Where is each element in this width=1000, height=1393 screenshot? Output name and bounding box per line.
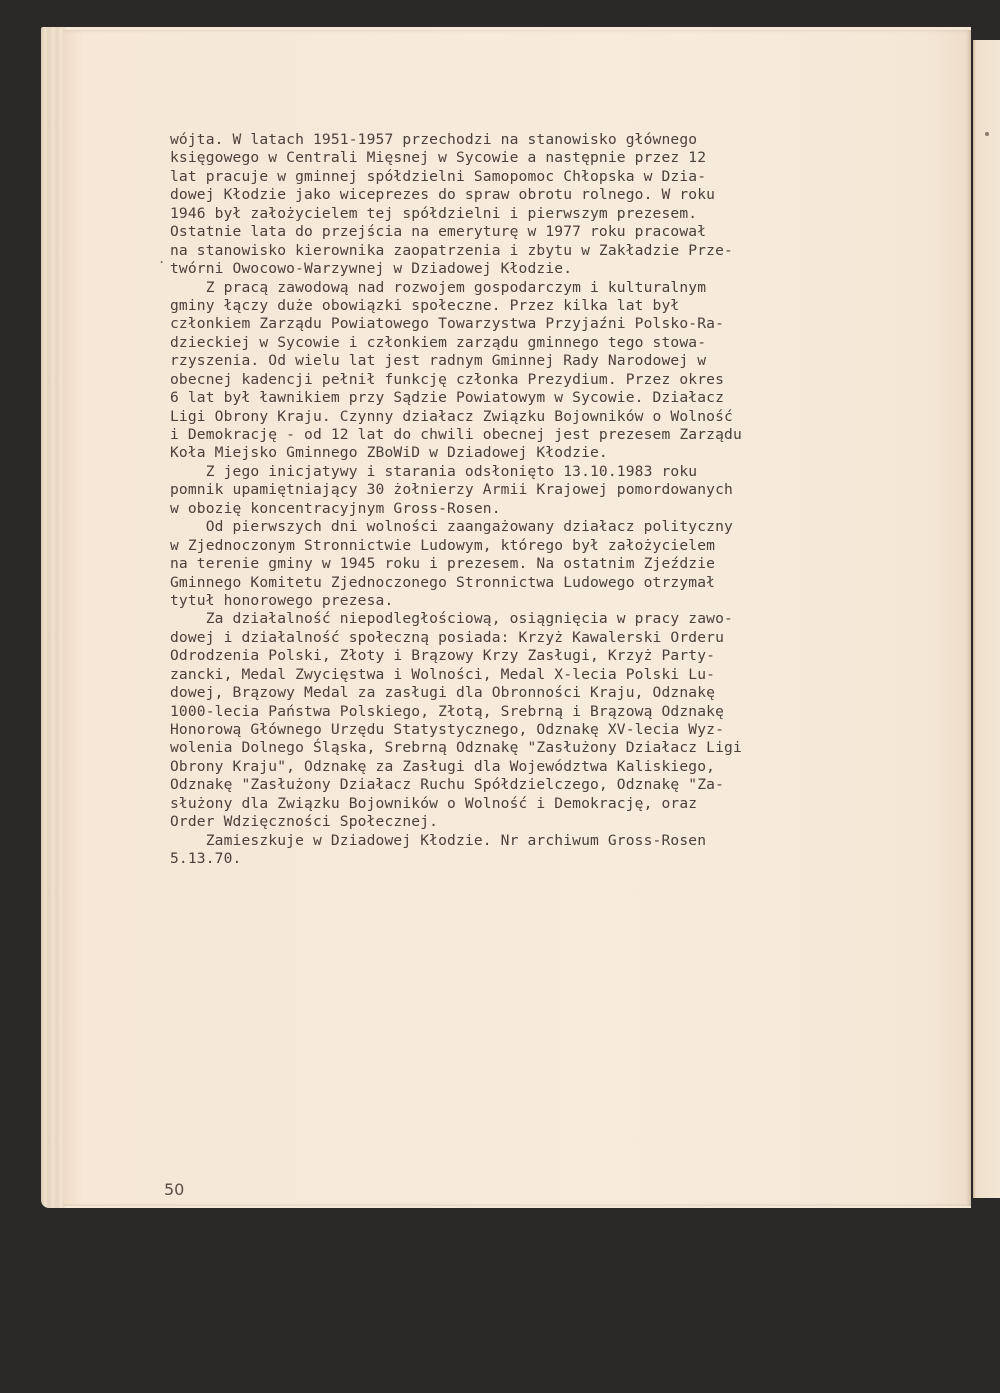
text-line: Obrony Kraju", Odznakę za Zasługi dla Wo…: [170, 758, 930, 776]
text-line: Ostatnie lata do przejścia na emeryturę …: [170, 223, 930, 241]
text-line: i Demokrację - od 12 lat do chwili obecn…: [170, 426, 930, 444]
text-line: 6 lat był ławnikiem przy Sądzie Powiatow…: [170, 389, 930, 407]
text-line: Gminnego Komitetu Zjednoczonego Stronnic…: [170, 574, 930, 592]
text-line: 1000-lecia Państwa Polskiego, Złotą, Sre…: [170, 703, 930, 721]
text-line: gminy łączy duże obowiązki społeczne. Pr…: [170, 297, 930, 315]
text-line: pomnik upamiętniający 30 żołnierzy Armii…: [170, 481, 930, 499]
text-line: Za działalność niepodległościową, osiągn…: [170, 610, 930, 628]
text-line: na terenie gminy w 1945 roku i prezesem.…: [170, 555, 930, 573]
text-line: w obozię koncentracyjnym Gross-Rosen.: [170, 500, 930, 518]
text-line: Order Wdzięczności Społecznej.: [170, 813, 930, 831]
text-line: Odznakę "Zasłużony Działacz Ruchu Spółdz…: [170, 776, 930, 794]
text-line: Od pierwszych dni wolności zaangażowany …: [170, 518, 930, 536]
text-line: rzyszenia. Od wielu lat jest radnym Gmin…: [170, 352, 930, 370]
page-number: 50: [164, 1180, 184, 1199]
text-line: Odrodzenia Polski, Złoty i Brązowy Krzy …: [170, 647, 930, 665]
text-line: dowej, Brązowy Medal za zasługi dla Obro…: [170, 684, 930, 702]
text-line: Zamieszkuje w Dziadowej Kłodzie. Nr arch…: [170, 832, 930, 850]
text-line: dowej i działalność społeczną posiada: K…: [170, 629, 930, 647]
facing-page-edge: [973, 40, 1000, 1198]
text-line: Z jego inicjatywy i starania odsłonięto …: [170, 463, 930, 481]
text-line: w Zjednoczonym Stronnictwie Ludowym, któ…: [170, 537, 930, 555]
text-line: twórni Owocowo-Warzywnej w Dziadowej Kło…: [170, 260, 930, 278]
text-line: 5.13.70.: [170, 850, 930, 868]
text-line: na stanowisko kierownika zaopatrzenia i …: [170, 242, 930, 260]
text-line: wolenia Dolnego Śląska, Srebrną Odznakę …: [170, 739, 930, 757]
text-line: Honorową Głównego Urzędu Statystycznego,…: [170, 721, 930, 739]
text-line: Ligi Obrony Kraju. Czynny działacz Związ…: [170, 408, 930, 426]
margin-mark: .: [158, 252, 165, 266]
text-line: Koła Miejsko Gminnego ZBoWiD w Dziadowej…: [170, 444, 930, 462]
text-line: księgowego w Centrali Mięsnej w Sycowie …: [170, 149, 930, 167]
facing-page-mark: [985, 132, 989, 136]
text-line: dowej Kłodzie jako wiceprezes do spraw o…: [170, 186, 930, 204]
text-line: obecnej kadencji pełnił funkcję członka …: [170, 371, 930, 389]
text-line: dzieckiej w Sycowie i członkiem zarządu …: [170, 334, 930, 352]
text-line: tytuł honorowego prezesa.: [170, 592, 930, 610]
text-line: członkiem Zarządu Powiatowego Towarzystw…: [170, 315, 930, 333]
text-line: lat pracuje w gminnej spółdzielni Samopo…: [170, 168, 930, 186]
text-line: 1946 był założycielem tej spółdzielni i …: [170, 205, 930, 223]
text-line: Z pracą zawodową nad rozwojem gospodarcz…: [170, 279, 930, 297]
text-line: zancki, Medal Zwycięstwa i Wolności, Med…: [170, 666, 930, 684]
text-line: służony dla Związku Bojowników o Wolność…: [170, 795, 930, 813]
body-text: wójta. W latach 1951-1957 przechodzi na …: [170, 131, 930, 869]
text-line: wójta. W latach 1951-1957 przechodzi na …: [170, 131, 930, 149]
